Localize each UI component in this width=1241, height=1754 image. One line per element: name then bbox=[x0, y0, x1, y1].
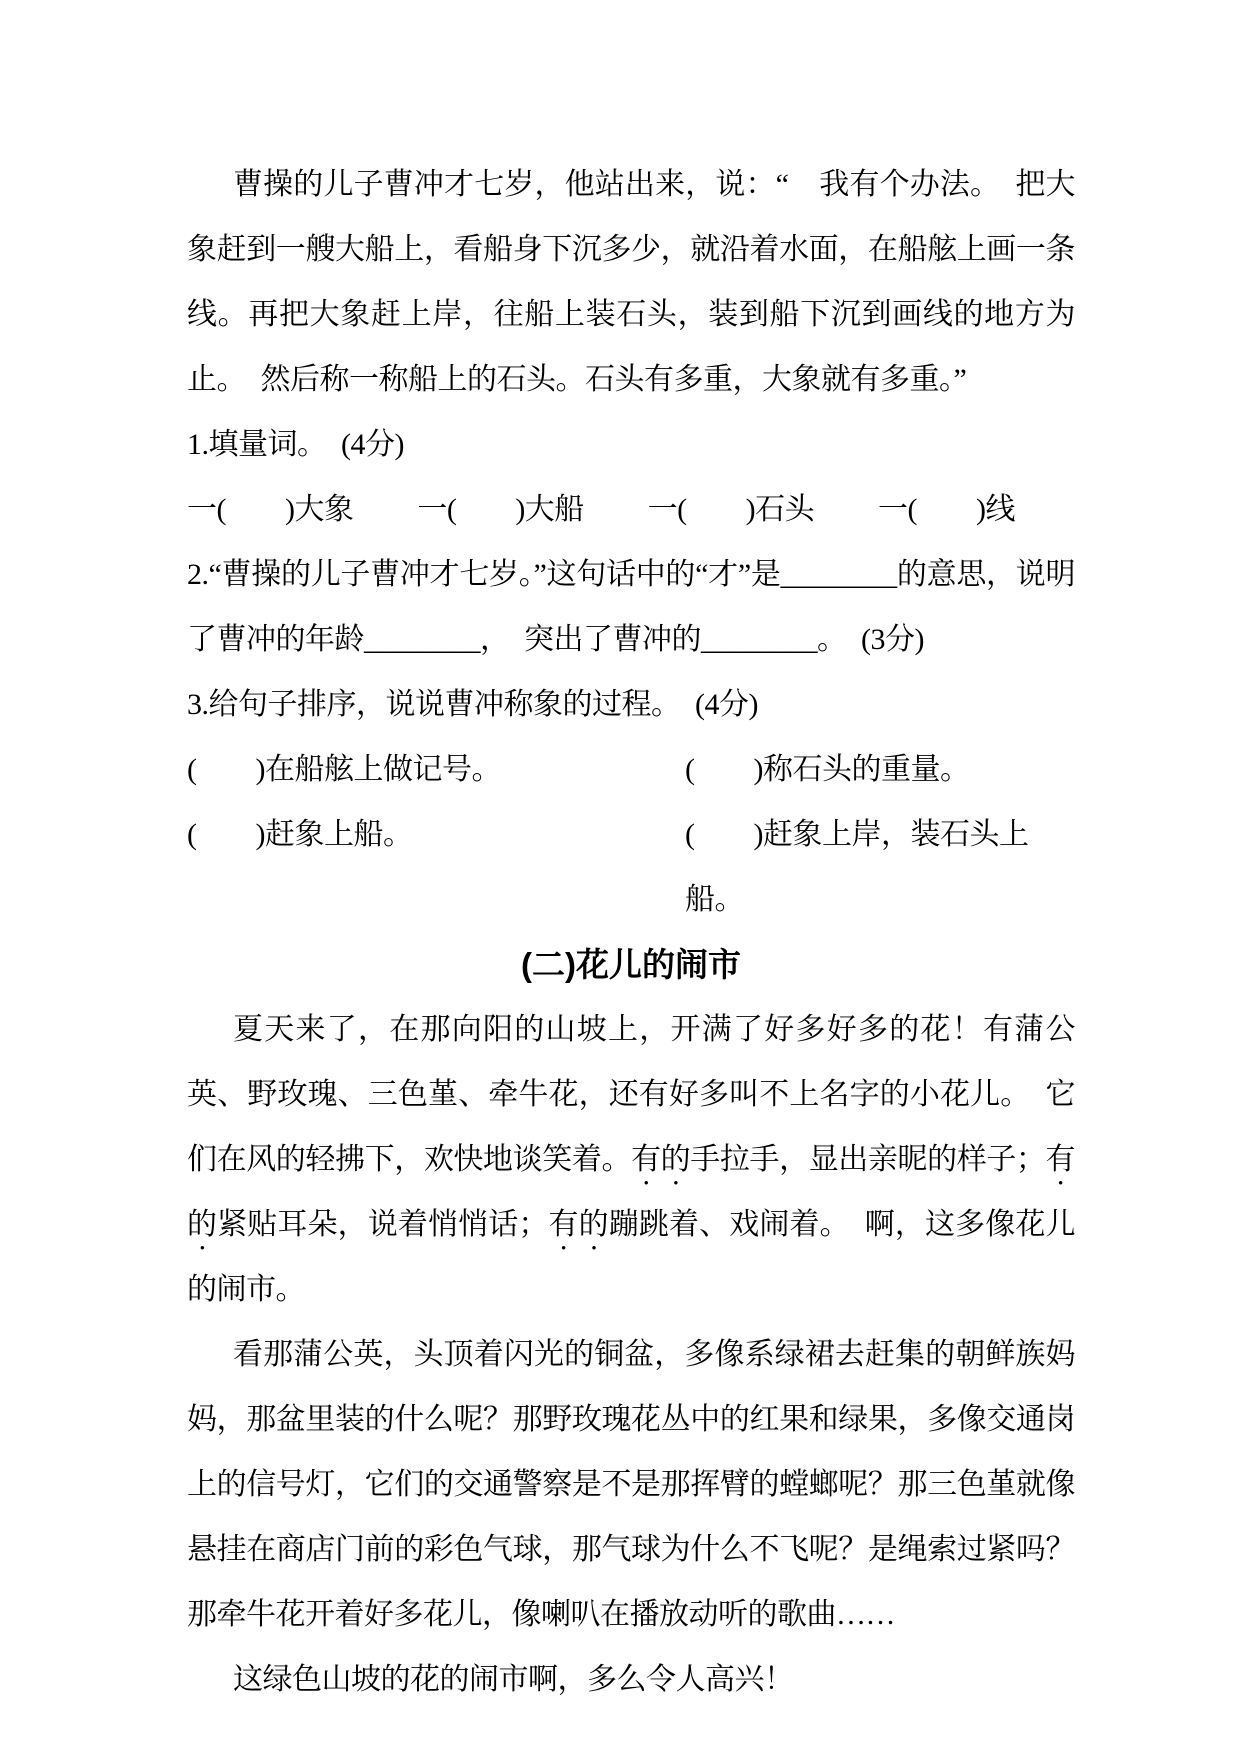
passage2-paragraph1: 夏天来了，在那向阳的山坡上，开满了好多好多的花！有蒲公英、野玫瑰、三色堇、牵牛花… bbox=[187, 997, 1075, 1322]
passage2-paragraph3: 这绿色山坡的花的闹市啊，多么令人高兴！ bbox=[187, 1647, 1075, 1712]
emphasized-text: 有的 bbox=[631, 1143, 690, 1176]
question1-measure-word-row: 一( )大象 一( )大船 一( )石头 一( )线 bbox=[187, 477, 1015, 542]
passage1-paragraph: 曹操的儿子曹冲才七岁，他站出来，说：“ 我有个办法。 把大象赶到一艘大船上，看船… bbox=[187, 152, 1075, 412]
worksheet-page: 曹操的儿子曹冲才七岁，他站出来，说：“ 我有个办法。 把大象赶到一艘大船上，看船… bbox=[0, 0, 1241, 1712]
sort-option-elephant-on-boat: ( )赶象上船。 bbox=[187, 802, 685, 932]
measure-word-blank-elephant: 一( )大象 bbox=[187, 477, 353, 542]
measure-word-blank-boat: 一( )大船 bbox=[417, 477, 583, 542]
sort-option-mark-hull: ( )在船舷上做记号。 bbox=[187, 737, 685, 802]
question1-label: 1.填量词。 (4分) bbox=[187, 412, 1075, 477]
question2-text: 2.“曹操的儿子曹冲才七岁。”这句话中的“才”是________的意思，说明了曹… bbox=[187, 542, 1075, 672]
sort-option-weigh-stones: ( )称石头的重量。 bbox=[685, 737, 1075, 802]
measure-word-blank-line: 一( )线 bbox=[878, 477, 1015, 542]
sort-option-elephant-ashore-load-stones: ( )赶象上岸，装石头上船。 bbox=[685, 802, 1075, 932]
passage2-paragraph2: 看那蒲公英，头顶着闪光的铜盆，多像系绿裙去赶集的朝鲜族妈妈，那盆里装的什么呢？那… bbox=[187, 1322, 1075, 1647]
measure-word-blank-stone: 一( )石头 bbox=[648, 477, 814, 542]
question3-sort-options: ( )在船舷上做记号。 ( )称石头的重量。 ( )赶象上船。 ( )赶象上岸，… bbox=[187, 737, 1075, 932]
question3-label: 3.给句子排序，说说曹冲称象的过程。 (4分) bbox=[187, 672, 1075, 737]
emphasized-text: 有的 bbox=[548, 1208, 609, 1241]
passage2-title: (二)花儿的闹市 bbox=[187, 932, 1075, 997]
